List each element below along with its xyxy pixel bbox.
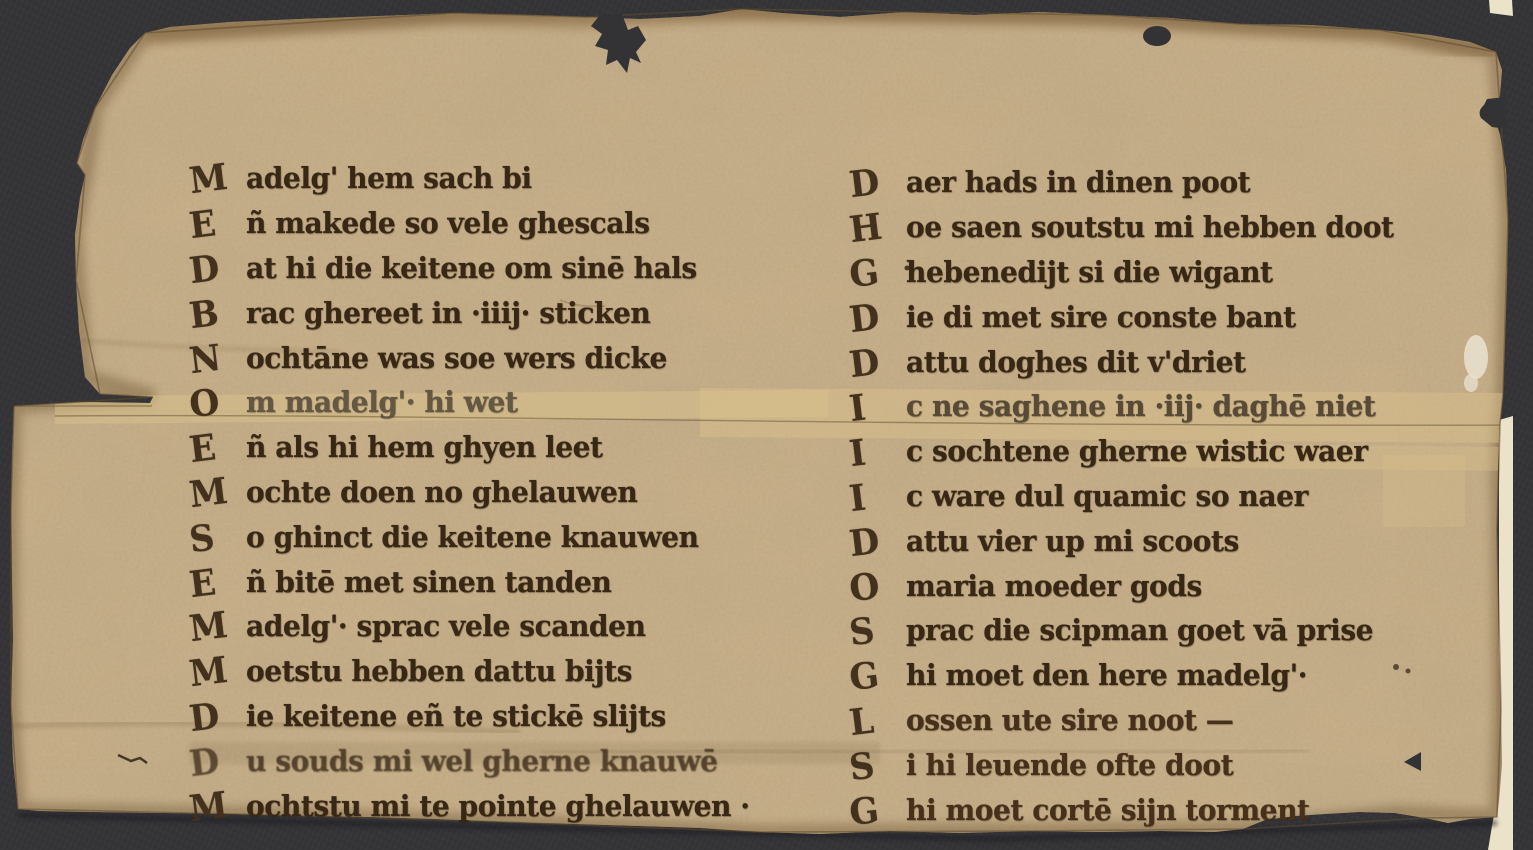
verse-line: Eñ bitē met sinen tanden: [188, 559, 765, 604]
verse-line: Ic sochtene gherne wistic waer: [848, 429, 1409, 474]
line-initial: G: [847, 248, 907, 296]
line-initial: M: [187, 154, 247, 202]
line-text: oetstu hebben dattu bijts: [246, 654, 632, 688]
line-text: ochtstu mi te pointe ghelauwen ·: [246, 789, 750, 823]
verse-line: Die keitene eñ te stickē slijts: [188, 694, 765, 739]
line-initial: M: [187, 647, 247, 695]
line-text: ochte doen no ghelauwen: [246, 475, 637, 509]
verse-line: Ic ne saghene in ·iij· daghē niet: [848, 384, 1409, 429]
line-text: c ne saghene in ·iij· daghē niet: [906, 389, 1375, 423]
line-text: attu doghes dit v'driet: [906, 345, 1246, 379]
line-initial: G: [847, 785, 907, 833]
verse-line: Dattu vier up mi scoots: [848, 518, 1409, 563]
line-text: c sochtene gherne wistic waer: [906, 434, 1368, 468]
line-initial: B: [187, 289, 247, 337]
white-patch: [1464, 335, 1488, 379]
line-initial: D: [187, 692, 247, 740]
line-text: adelg' hem sach bi: [246, 161, 532, 195]
verse-line: Eñ makede so vele ghescals: [188, 201, 765, 246]
line-initial: D: [847, 337, 907, 385]
verse-line: Dattu doghes dit v'driet: [848, 339, 1409, 384]
line-initial: M: [187, 468, 247, 516]
verse-line: Si hi leuende ofte doot: [848, 742, 1409, 787]
line-initial: O: [847, 561, 907, 609]
worm-hole: [1143, 26, 1171, 46]
verse-line: Mochtstu mi te pointe ghelauwen ·: [188, 783, 765, 828]
line-initial: D: [847, 517, 907, 565]
verse-line: Sprac die scipman goet vā prise: [848, 608, 1409, 653]
line-initial: M: [187, 602, 247, 650]
line-initial: N: [187, 333, 247, 381]
verse-line: Dat hi die keitene om sinē hals: [188, 246, 765, 291]
verse-line: Ghi moet den here madelg'·: [848, 653, 1409, 698]
line-text: hi moet den here madelg'·: [906, 658, 1307, 692]
line-text: rac ghereet in ·iiij· sticken: [246, 296, 650, 330]
verse-line: Omaria moeder gods: [848, 563, 1409, 608]
line-text: c ware dul quamic so naer: [906, 479, 1308, 513]
verse-line: Hoe saen soutstu mi hebben doot: [848, 205, 1409, 250]
right-column: Daer hads in dinen poot Hoe saen soutstu…: [848, 160, 1409, 832]
verse-line: Mochte doen no ghelauwen: [188, 470, 765, 515]
line-text: ochtāne was soe wers dicke: [246, 341, 667, 375]
line-text: at hi die keitene om sinē hals: [246, 251, 697, 285]
verse-line: Ghebenedijt si die wigant: [848, 250, 1409, 295]
line-text: ñ als hi hem ghyen leet: [246, 430, 603, 464]
verse-line: Ghi moet cortē sijn torment: [848, 787, 1409, 832]
line-text: ie di met sire conste bant: [906, 300, 1296, 334]
line-initial: E: [187, 423, 247, 471]
line-initial: D: [187, 244, 247, 292]
verse-line: Moetstu hebben dattu bijts: [188, 649, 765, 694]
line-initial: L: [847, 696, 907, 744]
line-text: hebenedijt si die wigant: [906, 255, 1273, 289]
line-initial: D: [187, 737, 247, 785]
line-initial: D: [847, 158, 907, 206]
line-initial: I: [847, 427, 907, 475]
line-initial: E: [187, 557, 247, 605]
line-text: u souds mi wel gherne knauwē: [246, 744, 718, 778]
verse-line: Eñ als hi hem ghyen leet: [188, 425, 765, 470]
line-initial: S: [187, 513, 247, 561]
line-text: i hi leuende ofte doot: [906, 748, 1233, 782]
line-text: ñ bitē met sinen tanden: [246, 565, 611, 599]
line-initial: H: [847, 203, 907, 251]
verse-line: Om madelg'· hi wet: [188, 380, 765, 425]
line-initial: I: [847, 382, 907, 430]
line-initial: I: [847, 472, 907, 520]
line-text: maria moeder gods: [906, 569, 1202, 603]
verse-line: Brac ghereet in ·iiij· sticken: [188, 290, 765, 335]
line-initial: G: [847, 651, 907, 699]
line-initial: E: [187, 199, 247, 247]
line-text: oe saen soutstu mi hebben doot: [906, 210, 1394, 244]
verse-line: Die di met sire conste bant: [848, 294, 1409, 339]
verse-line: Daer hads in dinen poot: [848, 160, 1409, 205]
line-text: aer hads in dinen poot: [906, 165, 1250, 199]
line-text: hi moet cortē sijn torment: [906, 793, 1310, 827]
line-initial: S: [847, 741, 907, 789]
backing-tab: [1489, 0, 1513, 16]
verse-line: Madelg'· sprac vele scanden: [188, 604, 765, 649]
verse-line: Ic ware dul quamic so naer: [848, 474, 1409, 519]
line-initial: O: [187, 378, 247, 426]
left-column: Madelg' hem sach bi Eñ makede so vele gh…: [188, 156, 765, 828]
line-initial: D: [847, 293, 907, 341]
line-text: ñ makede so vele ghescals: [246, 206, 650, 240]
line-initial: S: [847, 606, 907, 654]
line-text: m madelg'· hi wet: [246, 385, 517, 419]
line-initial: M: [187, 781, 247, 829]
line-text: ie keitene eñ te stickē slijts: [246, 699, 666, 733]
manuscript-photo: Madelg' hem sach bi Eñ makede so vele gh…: [0, 0, 1533, 850]
verse-line: So ghinct die keitene knauwen: [188, 514, 765, 559]
verse-line: Du souds mi wel gherne knauwē: [188, 738, 765, 783]
line-text: ossen ute sire noot —: [906, 703, 1233, 737]
verse-line: Madelg' hem sach bi: [188, 156, 765, 201]
line-text: attu vier up mi scoots: [906, 524, 1239, 558]
verse-line: Nochtāne was soe wers dicke: [188, 335, 765, 380]
line-text: prac die scipman goet vā prise: [906, 613, 1373, 647]
verse-line: Lossen ute sire noot —: [848, 698, 1409, 743]
line-text: o ghinct die keitene knauwen: [246, 520, 698, 554]
line-text: adelg'· sprac vele scanden: [246, 609, 646, 643]
